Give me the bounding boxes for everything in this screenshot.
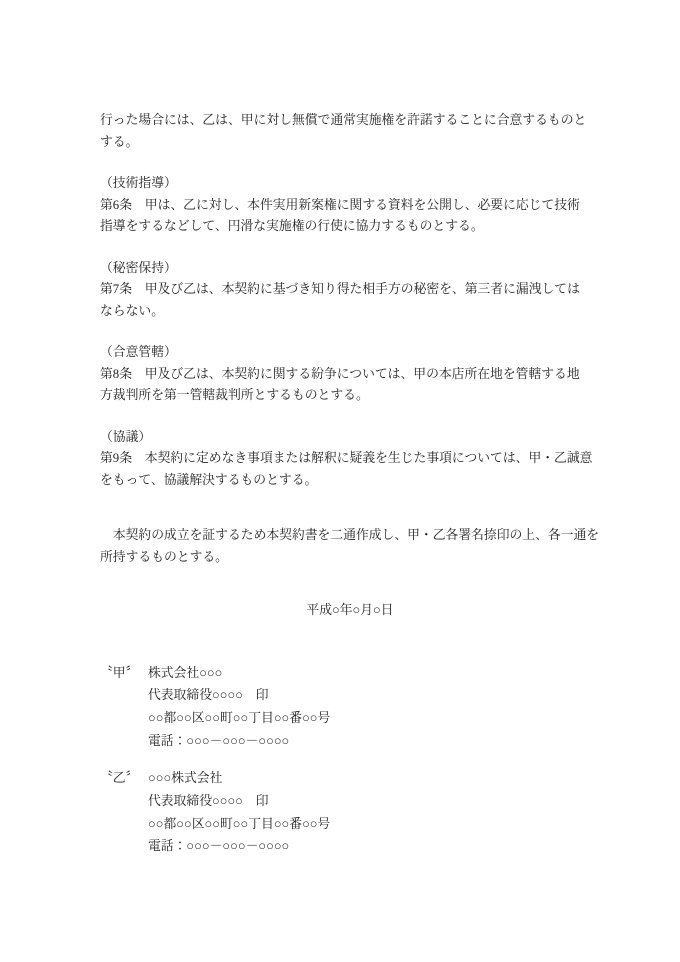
article-heading: （合意管轄）	[100, 342, 600, 364]
party-block-kou: 〝甲〞 株式会社○○○ 代表取締役○○○○ 印 ○○都○○区○○町○○丁目○○番…	[100, 662, 600, 753]
article-body: 第9条 本契約に定めなき事項または解釈に疑義を生じた事項については、甲・乙誠意 …	[100, 448, 600, 491]
party-block-otsu: 〝乙〞 ○○○株式会社 代表取締役○○○○ 印 ○○都○○区○○町○○丁目○○番…	[100, 767, 600, 858]
party-address: ○○都○○区○○町○○丁目○○番○○号	[148, 707, 600, 730]
article-section-9: （協議） 第9条 本契約に定めなき事項または解釈に疑義を生じた事項については、甲…	[100, 427, 600, 492]
article-section-8: （合意管轄） 第8条 甲及び乙は、本契約に関する紛争については、甲の本店所在地を…	[100, 342, 600, 407]
party-address: ○○都○○区○○町○○丁目○○番○○号	[148, 813, 600, 836]
date-line: 平成○年○月○日	[100, 600, 600, 622]
party-details: ○○○株式会社 代表取締役○○○○ 印 ○○都○○区○○町○○丁目○○番○○号 …	[148, 767, 600, 858]
party-label: 〝乙〞	[100, 767, 148, 790]
continuation-paragraph: 行った場合には、乙は、甲に対し無償で通常実施権を許諾することに合意するものと す…	[100, 110, 600, 153]
article-body: 第7条 甲及び乙は、本契約に基づき知り得た相手方の秘密を、第三者に漏洩しては な…	[100, 279, 600, 322]
article-heading: （秘密保持）	[100, 258, 600, 280]
article-body: 第8条 甲及び乙は、本契約に関する紛争については、甲の本店所在地を管轄する地 方…	[100, 364, 600, 407]
party-company: 株式会社○○○	[148, 662, 600, 685]
contract-document-page: 行った場合には、乙は、甲に対し無償で通常実施権を許諾することに合意するものと す…	[0, 0, 680, 962]
party-representative: 代表取締役○○○○ 印	[148, 790, 600, 813]
closing-paragraph: 本契約の成立を証するため本契約書を二通作成し、甲・乙各署名捺印の上、各一通を 所…	[100, 525, 600, 568]
party-details: 株式会社○○○ 代表取締役○○○○ 印 ○○都○○区○○町○○丁目○○番○○号 …	[148, 662, 600, 753]
party-company: ○○○株式会社	[148, 767, 600, 790]
article-body: 第6条 甲は、乙に対し、本件実用新案権に関する資料を公開し、必要に応じて技術 指…	[100, 195, 600, 238]
party-representative: 代表取締役○○○○ 印	[148, 684, 600, 707]
article-section-6: （技術指導） 第6条 甲は、乙に対し、本件実用新案権に関する資料を公開し、必要に…	[100, 173, 600, 238]
party-phone: 電話：○○○－○○○－○○○○	[148, 835, 600, 858]
party-label: 〝甲〞	[100, 662, 148, 685]
article-heading: （技術指導）	[100, 173, 600, 195]
article-section-7: （秘密保持） 第7条 甲及び乙は、本契約に基づき知り得た相手方の秘密を、第三者に…	[100, 258, 600, 323]
document-content: 行った場合には、乙は、甲に対し無償で通常実施権を許諾することに合意するものと す…	[0, 0, 680, 858]
article-heading: （協議）	[100, 427, 600, 449]
party-phone: 電話：○○○－○○○－○○○○	[148, 730, 600, 753]
